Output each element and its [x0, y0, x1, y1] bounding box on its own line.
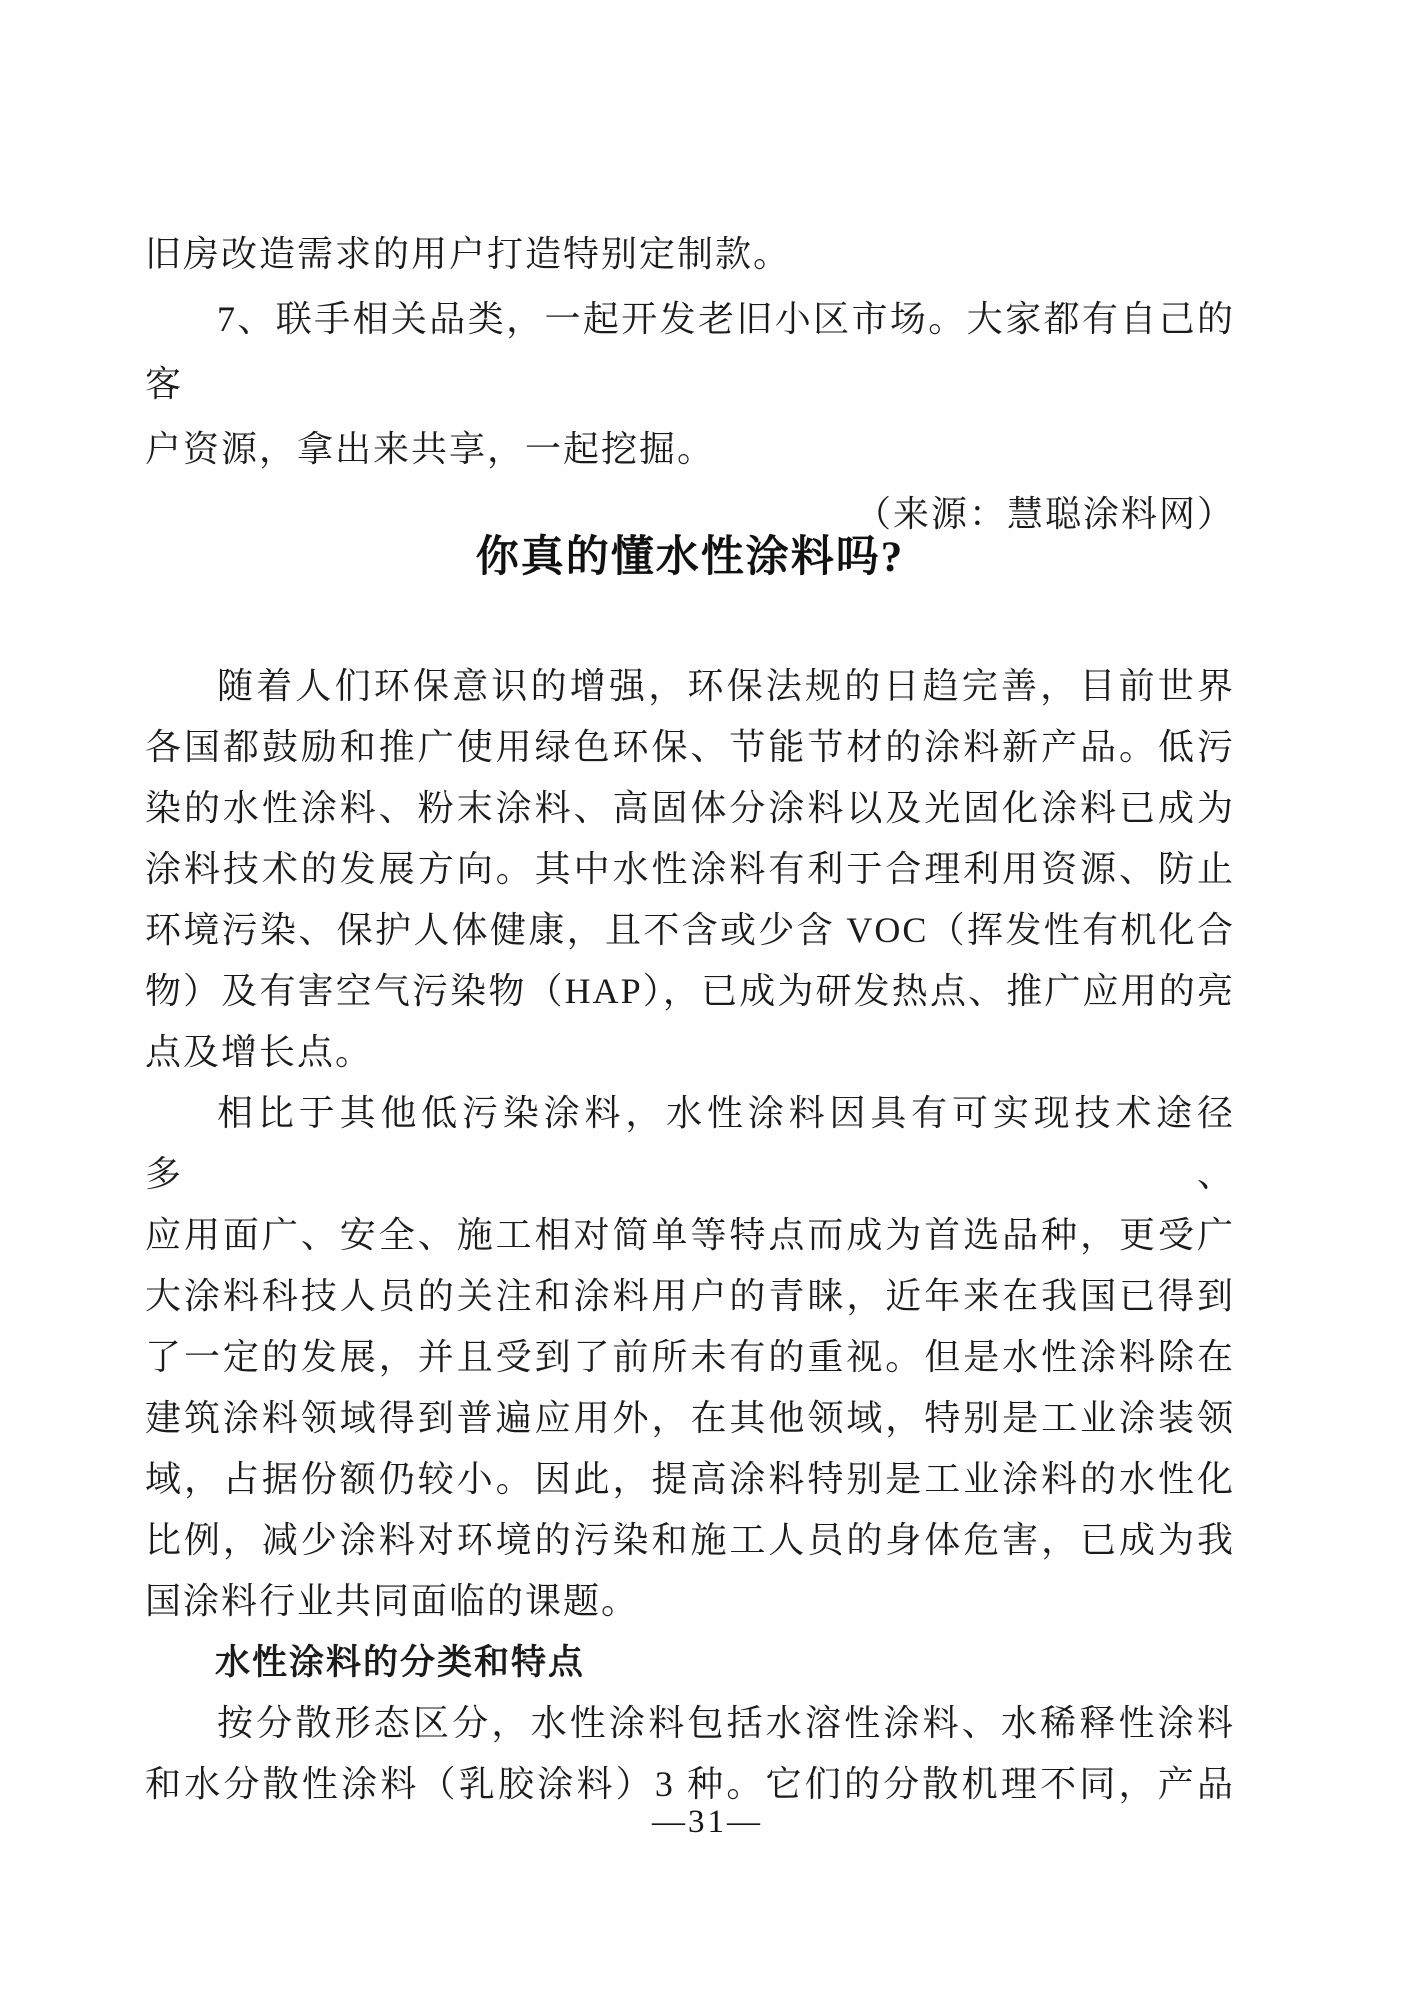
text-line: 应用面广、安全、施工相对简单等特点而成为首选品种，更受广 [145, 1205, 1235, 1266]
article-title: 你真的懂水性涂料吗? [145, 528, 1235, 588]
text-line: 涂料技术的发展方向。其中水性涂料有利于合理利用资源、防止 [145, 839, 1235, 900]
text-line: 点及增长点。 [145, 1022, 1235, 1083]
article-body: 随着人们环保意识的增强，环保法规的日趋完善，目前世界 各国都鼓励和推广使用绿色环… [145, 656, 1235, 1815]
intro-block: 旧房改造需求的用户打造特别定制款。 7、联手相关品类，一起开发老旧小区市场。大家… [145, 222, 1235, 547]
text-line: 染的水性涂料、粉末涂料、高固体分涂料以及光固化涂料已成为 [145, 778, 1235, 839]
text-line: 国涂料行业共同面临的课题。 [145, 1571, 1235, 1632]
text-line: 建筑涂料领域得到普遍应用外，在其他领域，特别是工业涂装领 [145, 1388, 1235, 1449]
section-subheading: 水性涂料的分类和特点 [145, 1632, 1235, 1693]
text-line: 7、联手相关品类，一起开发老旧小区市场。大家都有自己的客 [145, 287, 1235, 417]
text-line: 域，占据份额仍较小。因此，提高涂料特别是工业涂料的水性化 [145, 1449, 1235, 1510]
text-line: 相比于其他低污染涂料，水性涂料因具有可实现技术途径多、 [145, 1083, 1235, 1205]
page-number: —31— [0, 1804, 1415, 1841]
text-line: 按分散形态区分，水性涂料包括水溶性涂料、水稀释性涂料 [145, 1693, 1235, 1754]
text-line: 旧房改造需求的用户打造特别定制款。 [145, 222, 1235, 287]
text-line: 各国都鼓励和推广使用绿色环保、节能节材的涂料新产品。低污 [145, 717, 1235, 778]
text-line: 物）及有害空气污染物（HAP），已成为研发热点、推广应用的亮 [145, 961, 1235, 1022]
document-page: 旧房改造需求的用户打造特别定制款。 7、联手相关品类，一起开发老旧小区市场。大家… [0, 0, 1415, 2000]
text-line: 随着人们环保意识的增强，环保法规的日趋完善，目前世界 [145, 656, 1235, 717]
text-line: 环境污染、保护人体健康，且不含或少含 VOC（挥发性有机化合 [145, 900, 1235, 961]
text-line: 大涂料科技人员的关注和涂料用户的青睐，近年来在我国已得到 [145, 1266, 1235, 1327]
text-line: 了一定的发展，并且受到了前所未有的重视。但是水性涂料除在 [145, 1327, 1235, 1388]
text-line: 比例，减少涂料对环境的污染和施工人员的身体危害，已成为我 [145, 1510, 1235, 1571]
text-line: 户资源，拿出来共享，一起挖掘。 [145, 417, 1235, 482]
